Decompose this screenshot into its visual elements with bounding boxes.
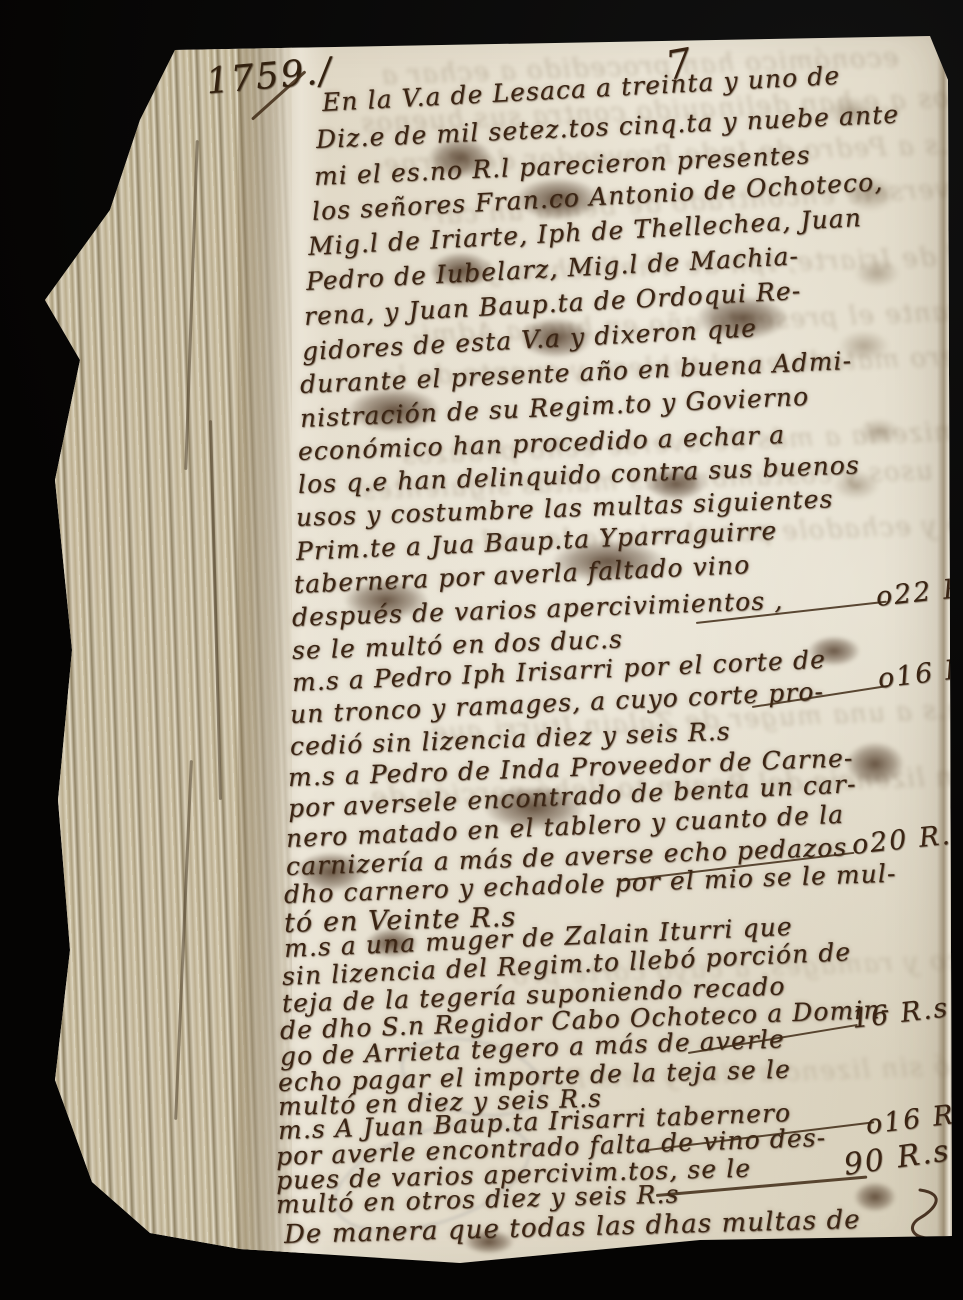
book-page: económico han procedido a echar a los q.… (0, 0, 963, 1300)
bleed-through-mark (854, 258, 900, 288)
bleed-through-mark (858, 418, 900, 446)
manuscript-photo: económico han procedido a echar a los q.… (0, 0, 963, 1300)
page-fold-highlight (937, 30, 955, 1270)
closing-brace-flourish (890, 1188, 960, 1268)
end-swash-flourish (610, 1238, 955, 1272)
